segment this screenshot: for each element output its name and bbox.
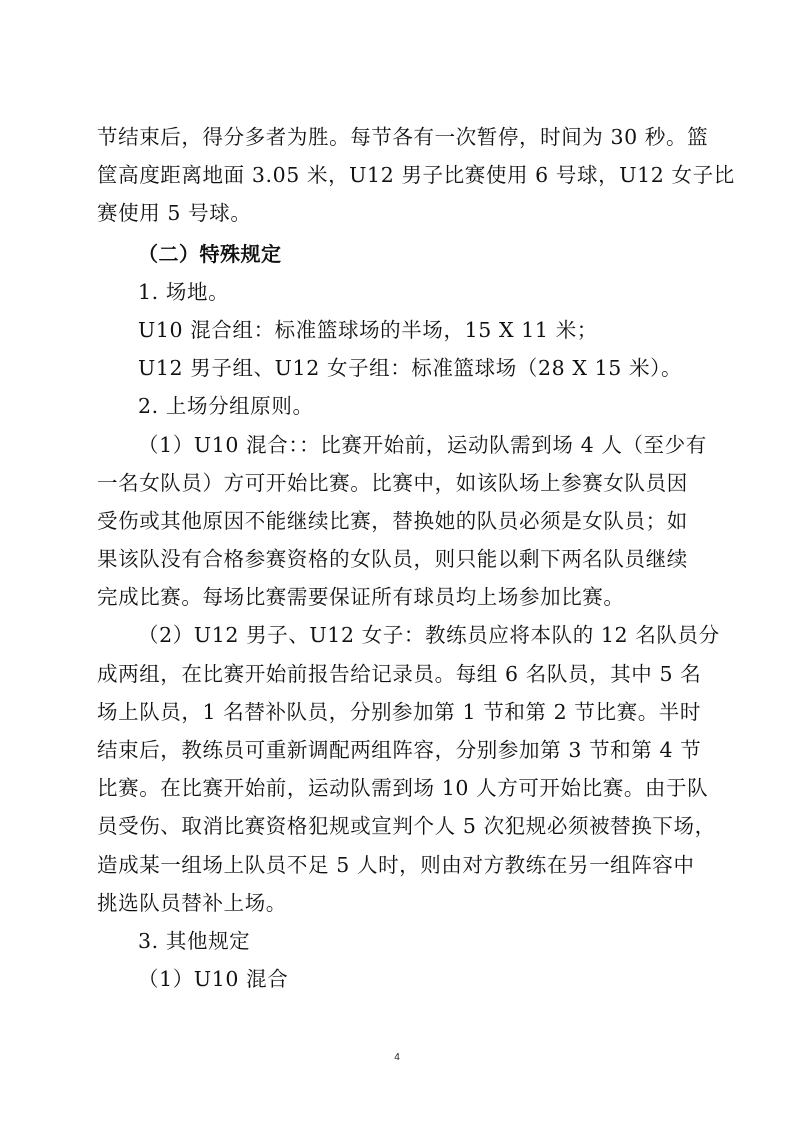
text-line: 果该队没有合格参赛资格的女队员，则只能以剩下两名队员继续 — [97, 540, 699, 578]
text-line: （2）U12 男子、U12 女子：教练员应将本队的 12 名队员分 — [97, 616, 699, 654]
document-page: 节结束后，得分多者为胜。每节各有一次暂停，时间为 30 秒。篮 筐高度距离地面 … — [97, 118, 699, 998]
text-line: 比赛。在比赛开始前，运动队需到场 10 人方可开始比赛。由于队 — [97, 769, 699, 807]
paragraph-u10-mixed: （1）U10 混合：：比赛开始前，运动队需到场 4 人（至少有 一名女队员）方可… — [97, 426, 699, 617]
text-line: 筐高度距离地面 3.05 米，U12 男子比赛使用 6 号球，U12 女子比 — [97, 156, 699, 194]
subsection-other-rules: 3. 其他规定 （1）U10 混合 — [97, 922, 699, 998]
text-line: 结束后，教练员可重新调配两组阵容，分别参加第 3 节和第 4 节 — [97, 731, 699, 769]
text-line: 节结束后，得分多者为胜。每节各有一次暂停，时间为 30 秒。篮 — [97, 118, 699, 156]
subsection-title: 3. 其他规定 — [97, 922, 699, 960]
text-line: 员受伤、取消比赛资格犯规或宣判个人 5 次犯规必须被替换下场， — [97, 807, 699, 845]
venue-item-u12: U12 男子组、U12 女子组：标准篮球场（28 X 15 米）。 — [97, 349, 699, 387]
section-heading: （二）特殊规定 — [97, 235, 699, 273]
intro-paragraph: 节结束后，得分多者为胜。每节各有一次暂停，时间为 30 秒。篮 筐高度距离地面 … — [97, 118, 699, 233]
text-line: 挑选队员替补上场。 — [97, 884, 699, 922]
text-line: 完成比赛。每场比赛需要保证所有球员均上场参加比赛。 — [97, 578, 699, 616]
venue-item-u10: U10 混合组：标准篮球场的半场，15 X 11 米； — [97, 311, 699, 349]
text-line: 一名女队员）方可开始比赛。比赛中，如该队场上参赛女队员因 — [97, 464, 699, 502]
subsection-title: 1. 场地。 — [97, 273, 699, 311]
paragraph-u12: （2）U12 男子、U12 女子：教练员应将本队的 12 名队员分 成两组，在比… — [97, 616, 699, 922]
page-number: 4 — [0, 1052, 794, 1063]
text-line: 造成某一组场上队员不足 5 人时，则由对方教练在另一组阵容中 — [97, 846, 699, 884]
subsection-grouping: 2. 上场分组原则。 （1）U10 混合：：比赛开始前，运动队需到场 4 人（至… — [97, 387, 699, 922]
text-line: 场上队员，1 名替补队员，分别参加第 1 节和第 2 节比赛。半时 — [97, 693, 699, 731]
text-line: （1）U10 混合：：比赛开始前，运动队需到场 4 人（至少有 — [97, 426, 699, 464]
text-line: 赛使用 5 号球。 — [97, 194, 699, 232]
subsection-venue: 1. 场地。 U10 混合组：标准篮球场的半场，15 X 11 米； U12 男… — [97, 273, 699, 388]
other-rule-item-u10: （1）U10 混合 — [97, 960, 699, 998]
text-line: 受伤或其他原因不能继续比赛，替换她的队员必须是女队员；如 — [97, 502, 699, 540]
text-line: 成两组，在比赛开始前报告给记录员。每组 6 名队员，其中 5 名 — [97, 655, 699, 693]
subsection-title: 2. 上场分组原则。 — [97, 387, 699, 425]
